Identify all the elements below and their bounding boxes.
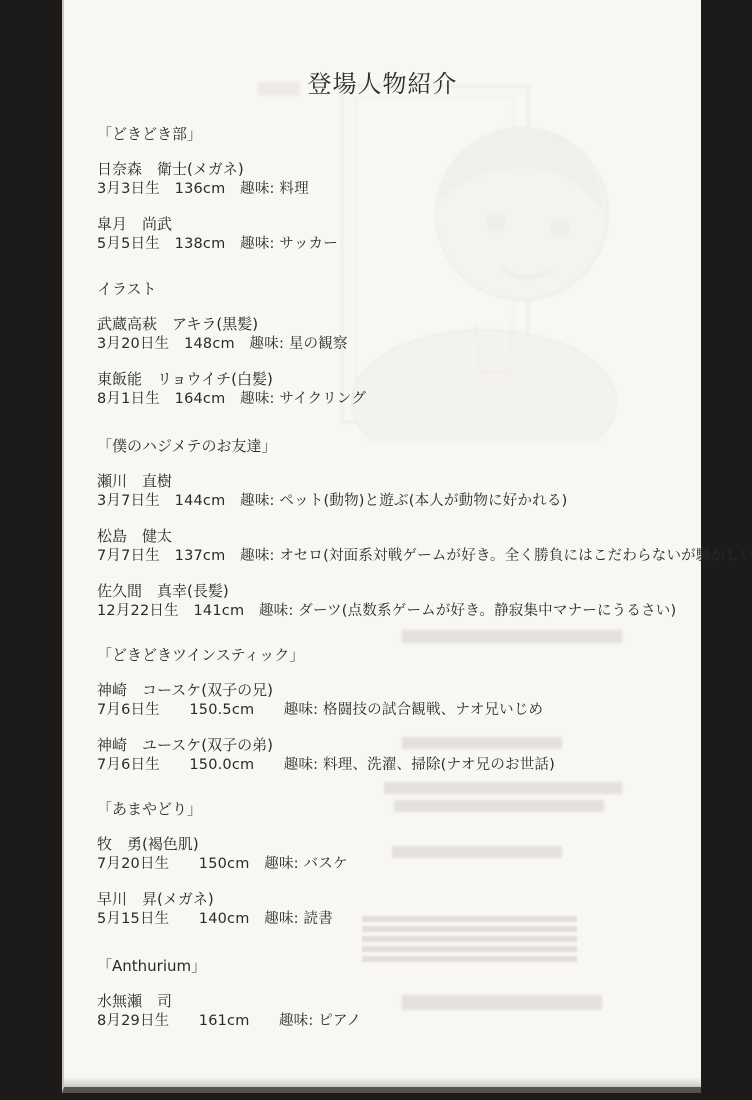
- character-entry: 神崎 ユースケ(双子の弟) 7月6日生 150.0cm 趣味: 料理、洗濯、掃除…: [97, 735, 687, 775]
- character-entry: 水無瀬 司 8月29日生 161cm 趣味: ピアノ: [97, 991, 687, 1031]
- character-section: 「どきどき部」 日奈森 衛士(メガネ) 3月3日生 136cm 趣味: 料理 皐…: [97, 124, 687, 254]
- character-details: 7月20日生 150cm 趣味: バスケ: [97, 854, 687, 874]
- character-name: 武蔵高萩 アキラ(黒髪): [97, 314, 687, 334]
- character-details: 3月3日生 136cm 趣味: 料理: [97, 179, 687, 199]
- character-name: 日奈森 衛士(メガネ): [97, 159, 687, 179]
- character-name: 神崎 コースケ(双子の兄): [97, 680, 687, 700]
- character-name: 東飯能 リョウイチ(白髪): [97, 369, 687, 389]
- character-name: 佐久間 真幸(長髪): [97, 581, 687, 601]
- character-details: 5月5日生 138cm 趣味: サッカー: [97, 234, 687, 254]
- section-heading: 「僕のハジメテのお友達」: [97, 436, 687, 456]
- character-details: 12月22日生 141cm 趣味: ダーツ(点数系ゲームが好き。静寂集中マナーに…: [97, 601, 687, 621]
- character-entry: 佐久間 真幸(長髪) 12月22日生 141cm 趣味: ダーツ(点数系ゲームが…: [97, 581, 687, 621]
- character-entry: 日奈森 衛士(メガネ) 3月3日生 136cm 趣味: 料理: [97, 159, 687, 199]
- character-name: 松島 健太: [97, 526, 687, 546]
- character-section: 「あまやどり」 牧 勇(褐色肌) 7月20日生 150cm 趣味: バスケ 早川…: [97, 799, 687, 929]
- bleedthrough-text: [384, 782, 622, 794]
- character-entry: 武蔵高萩 アキラ(黒髪) 3月20日生 148cm 趣味: 星の観察: [97, 314, 687, 354]
- character-name: 水無瀬 司: [97, 991, 687, 1011]
- character-section: イラスト 武蔵高萩 アキラ(黒髪) 3月20日生 148cm 趣味: 星の観察 …: [97, 279, 687, 409]
- character-name: 牧 勇(褐色肌): [97, 834, 687, 854]
- character-entry: 早川 昇(メガネ) 5月15日生 140cm 趣味: 読書: [97, 889, 687, 929]
- character-section: 「Anthurium」 水無瀬 司 8月29日生 161cm 趣味: ピアノ: [97, 956, 687, 1031]
- section-heading: イラスト: [97, 279, 687, 299]
- character-entry: 神崎 コースケ(双子の兄) 7月6日生 150.5cm 趣味: 格闘技の試合観戦…: [97, 680, 687, 720]
- character-entry: 瀬川 直樹 3月7日生 144cm 趣味: ペット(動物)と遊ぶ(本人が動物に好…: [97, 471, 687, 511]
- page-title: 登場人物紹介: [64, 64, 701, 99]
- section-heading: 「あまやどり」: [97, 799, 687, 819]
- character-entry: 皐月 尚武 5月5日生 138cm 趣味: サッカー: [97, 214, 687, 254]
- character-details: 8月29日生 161cm 趣味: ピアノ: [97, 1011, 687, 1031]
- section-heading: 「Anthurium」: [97, 956, 687, 976]
- scanned-page: 登場人物紹介 「どきどき部」 日奈森 衛士(メガネ) 3月3日生 136cm 趣…: [62, 0, 701, 1093]
- character-details: 3月20日生 148cm 趣味: 星の観察: [97, 334, 687, 354]
- section-heading: 「どきどき部」: [97, 124, 687, 144]
- character-details: 7月6日生 150.0cm 趣味: 料理、洗濯、掃除(ナオ兄のお世話): [97, 755, 687, 775]
- character-entry: 牧 勇(褐色肌) 7月20日生 150cm 趣味: バスケ: [97, 834, 687, 874]
- character-entry: 東飯能 リョウイチ(白髪) 8月1日生 164cm 趣味: サイクリング: [97, 369, 687, 409]
- character-entry: 松島 健太 7月7日生 137cm 趣味: オセロ(対面系対戦ゲームが好き。全く…: [97, 526, 687, 566]
- section-heading: 「どきどきツインスティック」: [97, 645, 687, 665]
- character-name: 皐月 尚武: [97, 214, 687, 234]
- character-details: 8月1日生 164cm 趣味: サイクリング: [97, 389, 687, 409]
- character-details: 3月7日生 144cm 趣味: ペット(動物)と遊ぶ(本人が動物に好かれる): [97, 491, 687, 511]
- character-name: 早川 昇(メガネ): [97, 889, 687, 909]
- character-details: 7月7日生 137cm 趣味: オセロ(対面系対戦ゲームが好き。全く勝負にはこだ…: [97, 546, 687, 566]
- character-details: 7月6日生 150.5cm 趣味: 格闘技の試合観戦、ナオ兄いじめ: [97, 700, 687, 720]
- character-section: 「どきどきツインスティック」 神崎 コースケ(双子の兄) 7月6日生 150.5…: [97, 645, 687, 775]
- character-name: 神崎 ユースケ(双子の弟): [97, 735, 687, 755]
- character-name: 瀬川 直樹: [97, 471, 687, 491]
- bleedthrough-text: [402, 630, 622, 643]
- character-section: 「僕のハジメテのお友達」 瀬川 直樹 3月7日生 144cm 趣味: ペット(動…: [97, 436, 687, 621]
- character-details: 5月15日生 140cm 趣味: 読書: [97, 909, 687, 929]
